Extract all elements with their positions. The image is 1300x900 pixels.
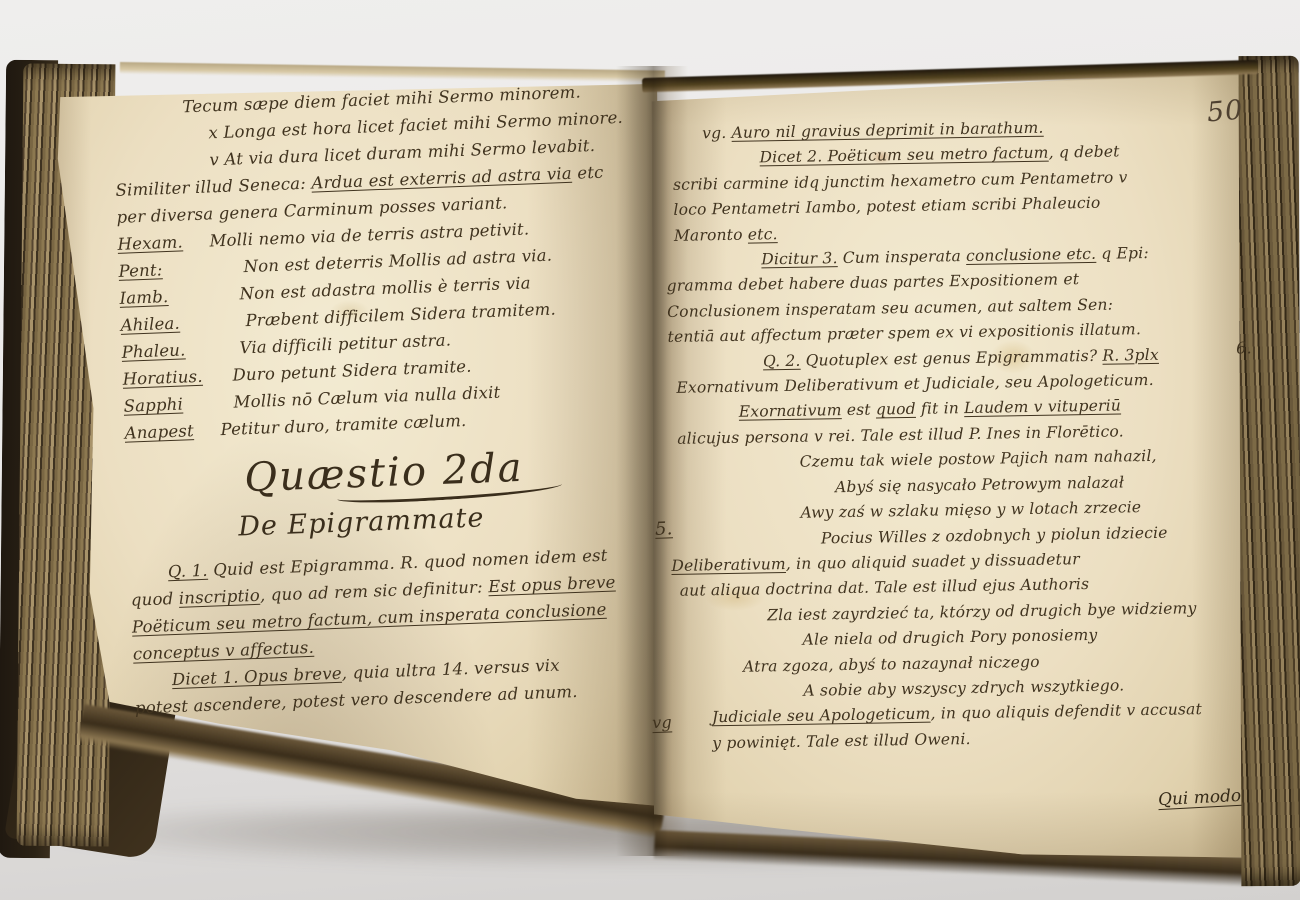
line-text: vg. Auro nil gravius deprimit in barathu… [702,119,1044,143]
line-text: A sobie aby wszyscy zdrych wszytkiego. [803,676,1124,699]
line-text: Judiciale seu Apologeticum, in quo aliqu… [712,701,1202,727]
margin-label: Hexam. [117,228,198,258]
folio-number: 50 [1206,94,1245,128]
margin-label: Anapest [124,417,205,447]
line-text: Dicitur 3. Cum insperata conclusione etc… [761,244,1149,268]
line-text: scribi carmine idq junctim hexametro cum… [673,168,1128,194]
line-text: Pocius Willes z ozdobnych y piolun idzie… [821,523,1168,547]
margin-label: Sapphi [123,390,204,420]
right-text-block: 6. vg. Auro nil gravius deprimit in bara… [664,113,1244,758]
line-text: loco Pentametri Iambo, potest etiam scri… [673,194,1100,219]
line-text: Ale niela od drugich Pory ponosiemy [802,626,1097,649]
margin-label: Pent: [118,255,199,285]
margin-label: Horatius. [122,363,203,393]
line-text: Maronto etc. [674,225,778,245]
page-block-fore-edge-right [1239,56,1300,886]
photo-background: Tecum sæpe diem faciet mihi Sermo minore… [0,0,1300,900]
line-text: conceptus v affectus. [133,638,315,664]
line-text: gramma debet habere duas partes Expositi… [667,271,1080,296]
line-text: Abyś się nasycało Petrowym nalazał [835,473,1124,496]
line-text: alicujus persona v rei. Tale est illud P… [677,422,1124,447]
margin-section-number: 6. [1236,338,1252,357]
left-paragraph-block: Q. 1. Quid est Epigramma. R. quod nomen … [129,539,683,721]
line-text: tentiā aut affectum præter spem ex vi ex… [667,320,1141,346]
line-text: Conclusionem insperatam seu acumen, aut … [667,295,1113,320]
left-page-text: Tecum sæpe diem faciet mihi Sermo minore… [112,75,683,721]
line-text: Zla iest zayrdzieć ta, którzy od drugich… [767,599,1197,624]
line-text: Dicet 2. Poëticum seu metro factum, q de… [759,143,1119,167]
line-text: aut aliqua doctrina dat. Tale est illud … [680,575,1090,600]
line-text: y powinięt. Tale est illud Oweni. [712,730,971,752]
catchword-left: vg [652,712,672,732]
line-text: Petitur duro, tramite cælum. [220,411,467,439]
line-text: Atra zgoza, abyś to nazaynał niczego [743,652,1040,675]
left-verse-block: Tecum sæpe diem faciet mihi Sermo minore… [112,75,673,446]
line-text: Exornativum Deliberativum et Judiciale, … [676,371,1154,397]
margin-label: Iamb. [119,282,200,312]
line-text: Awy zaś w szlaku mięso y w lotach zrzeci… [800,498,1141,522]
line-text: Q. 2. Quotuplex est genus Epigrammatis? … [763,345,1159,370]
margin-label: Ahilea. [120,309,201,339]
line-text: Deliberativum, in quo aliquid suadet y d… [671,550,1080,575]
line-text: Czemu tak wiele postow Pajich nam nahazi… [800,447,1157,471]
line-text: Exornativum est quod fit in Laudem v vit… [739,397,1121,421]
right-page-text: 6. vg. Auro nil gravius deprimit in bara… [664,113,1244,758]
margin-label: Phaleu. [121,336,202,366]
line-text: Via difficili petitur astra. [239,330,451,357]
